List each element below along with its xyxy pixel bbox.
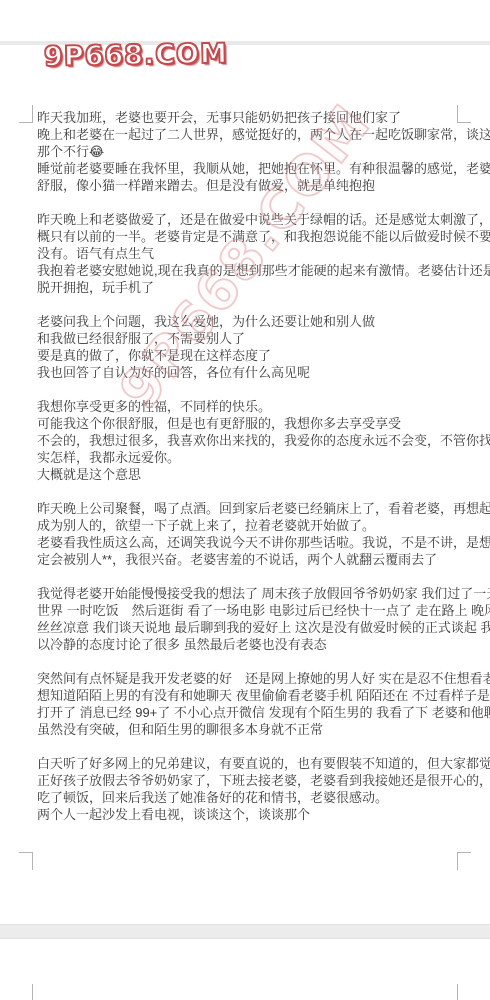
text-line: 白天听了好多网上的兄弟建议，有要直说的，也有要假装不知道的，但大家都觉得要有交流	[37, 755, 463, 772]
text-line: 世界 一时吃饭 然后逛街 看了一场电影 电影过后已经快十一点了 走在路上 晚风带…	[37, 602, 463, 619]
text-line: 老婆看我性质这么高，还调笑我说今天不讲你那些话啦。我说，不是不讲，是想到以后你一	[37, 534, 463, 551]
text-line: 晚上和老婆在一起过了二人世界，感觉挺好的，两个人在一起吃饭聊家常，谈这个不好，谈	[37, 126, 463, 143]
paragraph: 白天听了好多网上的兄弟建议，有要直说的，也有要假装不知道的，但大家都觉得要有交流…	[37, 755, 463, 823]
text-line: 突然间有点怀疑是我开发老婆的好 还是网上撩她的男人好 实在是忍不住想看老婆手机	[37, 670, 463, 687]
text-line: 大概就是这个意思	[37, 466, 463, 483]
text-line: 丝丝凉意 我们谈天说地 最后聊到我的爱好上 这次是没有做爱时候的正式谈起 我们两…	[37, 619, 463, 636]
paragraph: 昨天我加班，老婆也要开会，无事只能奶奶把孩子接回他们家了晚上和老婆在一起过了二人…	[37, 109, 463, 194]
text-line: 和我做已经很舒服了，不需要别人了	[37, 330, 463, 347]
text-boundary-corner-bottom-left	[19, 852, 33, 870]
paragraph: 我觉得老婆开始能慢慢接受我的想法了 周末孩子放假回爷爷奶奶家 我们过了一天的二人…	[37, 585, 463, 653]
paragraph: 老婆问我上个问题，我这么爱她，为什么还要让她和别人做和我做已经很舒服了，不需要别…	[37, 313, 463, 381]
page2-text-boundary-corner-left	[19, 984, 33, 1000]
page2-text-boundary-corner-right	[457, 984, 471, 1000]
text-line: 我抱着老婆安慰她说,现在我真的是想到那些才能硬的起来有激情。老婆估计还是有点生气…	[37, 262, 463, 279]
text-line: 没有。语气有点生气	[37, 245, 463, 262]
text-line: 想知道陌陌上男的有没有和她聊天 夜里偷偷看老婆手机 陌陌还在 不过看样子是好久没…	[37, 687, 463, 704]
text-boundary-corner-bottom-right	[457, 852, 471, 870]
text-line: 吃了顿饭，回来后我送了她准备好的花和情书，老婆很感动。	[37, 789, 463, 806]
text-line: 概只有以前的一半。老婆肯定是不满意了，和我抱怨说能不能以后做爱时候不要想那些有的	[37, 228, 463, 245]
text-line: 两个人一起沙发上看电视，谈谈这个，谈谈那个	[37, 806, 463, 823]
text-boundary-corner-top-left	[19, 105, 33, 123]
text-line: 我想你享受更多的性福，不同样的快乐。	[37, 398, 463, 415]
text-boundary-corner-top-right	[457, 105, 471, 123]
paragraph: 突然间有点怀疑是我开发老婆的好 还是网上撩她的男人好 实在是忍不住想看老婆手机想…	[37, 670, 463, 738]
text-line: 昨天晚上和老婆做爱了，还是在做爱中说些关于绿帽的话。还是感觉太刺激了，做爱时间大	[37, 211, 463, 228]
text-line: 那个不行😂	[37, 143, 463, 160]
paragraph: 我想你享受更多的性福，不同样的快乐。可能我这个你很舒服，但是也有更舒服的，我想你…	[37, 398, 463, 483]
text-line: 舒服，像小猫一样蹭来蹭去。但是没有做爱，就是单纯抱抱	[37, 177, 463, 194]
text-block: 昨天我加班，老婆也要开会，无事只能奶奶把孩子接回他们家了晚上和老婆在一起过了二人…	[37, 109, 463, 840]
text-line: 不会的，我想过很多，我喜欢你出来找的，我爱你的态度永远不会变，不管你找多少人，现	[37, 432, 463, 449]
text-line: 我觉得老婆开始能慢慢接受我的想法了 周末孩子放假回爷爷奶奶家 我们过了一天的二人	[37, 585, 463, 602]
text-line: 打开了 消息已经 99+了 不小心点开微信 发现有个陌生男的 我看了下 老婆和他…	[37, 704, 463, 721]
paragraph: 昨天晚上和老婆做爱了，还是在做爱中说些关于绿帽的话。还是感觉太刺激了，做爱时间大…	[37, 211, 463, 296]
text-line: 以冷静的态度讨论了很多 虽然最后老婆也没有表态	[37, 636, 463, 653]
text-line: 可能我这个你很舒服，但是也有更舒服的，我想你多去享受享受	[37, 415, 463, 432]
site-watermark-logo: 9P668.COM	[44, 38, 228, 72]
text-line: 老婆问我上个问题，我这么爱她，为什么还要让她和别人做	[37, 313, 463, 330]
text-line: 我也回答了自认为好的回答，各位有什么高见呢	[37, 364, 463, 381]
page-separator-band	[0, 924, 490, 939]
text-line: 睡觉前老婆要睡在我怀里，我顺从她，把她抱在怀里。有种很温馨的感觉，老婆应该也是很	[37, 160, 463, 177]
text-line: 要是真的做了，你就不是现在这样态度了	[37, 347, 463, 364]
text-line: 实怎样，我都永远爱你。	[37, 449, 463, 466]
text-line: 昨天晚上公司聚餐，喝了点酒。回到家后老婆已经躺床上了，看着老婆，再想起以后她可能	[37, 500, 463, 517]
text-line: 正好孩子放假去爷爷奶奶家了，下班去接老婆，老婆看到我接她还是很开心的，带着她一起	[37, 772, 463, 789]
text-line: 定会被别人**，我很兴奋。老婆害羞的不说话，两个人就翻云覆雨去了	[37, 551, 463, 568]
text-line: 脱开拥抱，玩手机了	[37, 279, 463, 296]
text-line: 成为别人的，欲望一下子就上来了，拉着老婆就开始做了。	[37, 517, 463, 534]
paragraph: 昨天晚上公司聚餐，喝了点酒。回到家后老婆已经躺床上了，看着老婆，再想起以后她可能…	[37, 500, 463, 568]
text-line: 昨天我加班，老婆也要开会，无事只能奶奶把孩子接回他们家了	[37, 109, 463, 126]
text-line: 虽然没有突破，但和陌生男的聊很多本身就不正常	[37, 721, 463, 738]
